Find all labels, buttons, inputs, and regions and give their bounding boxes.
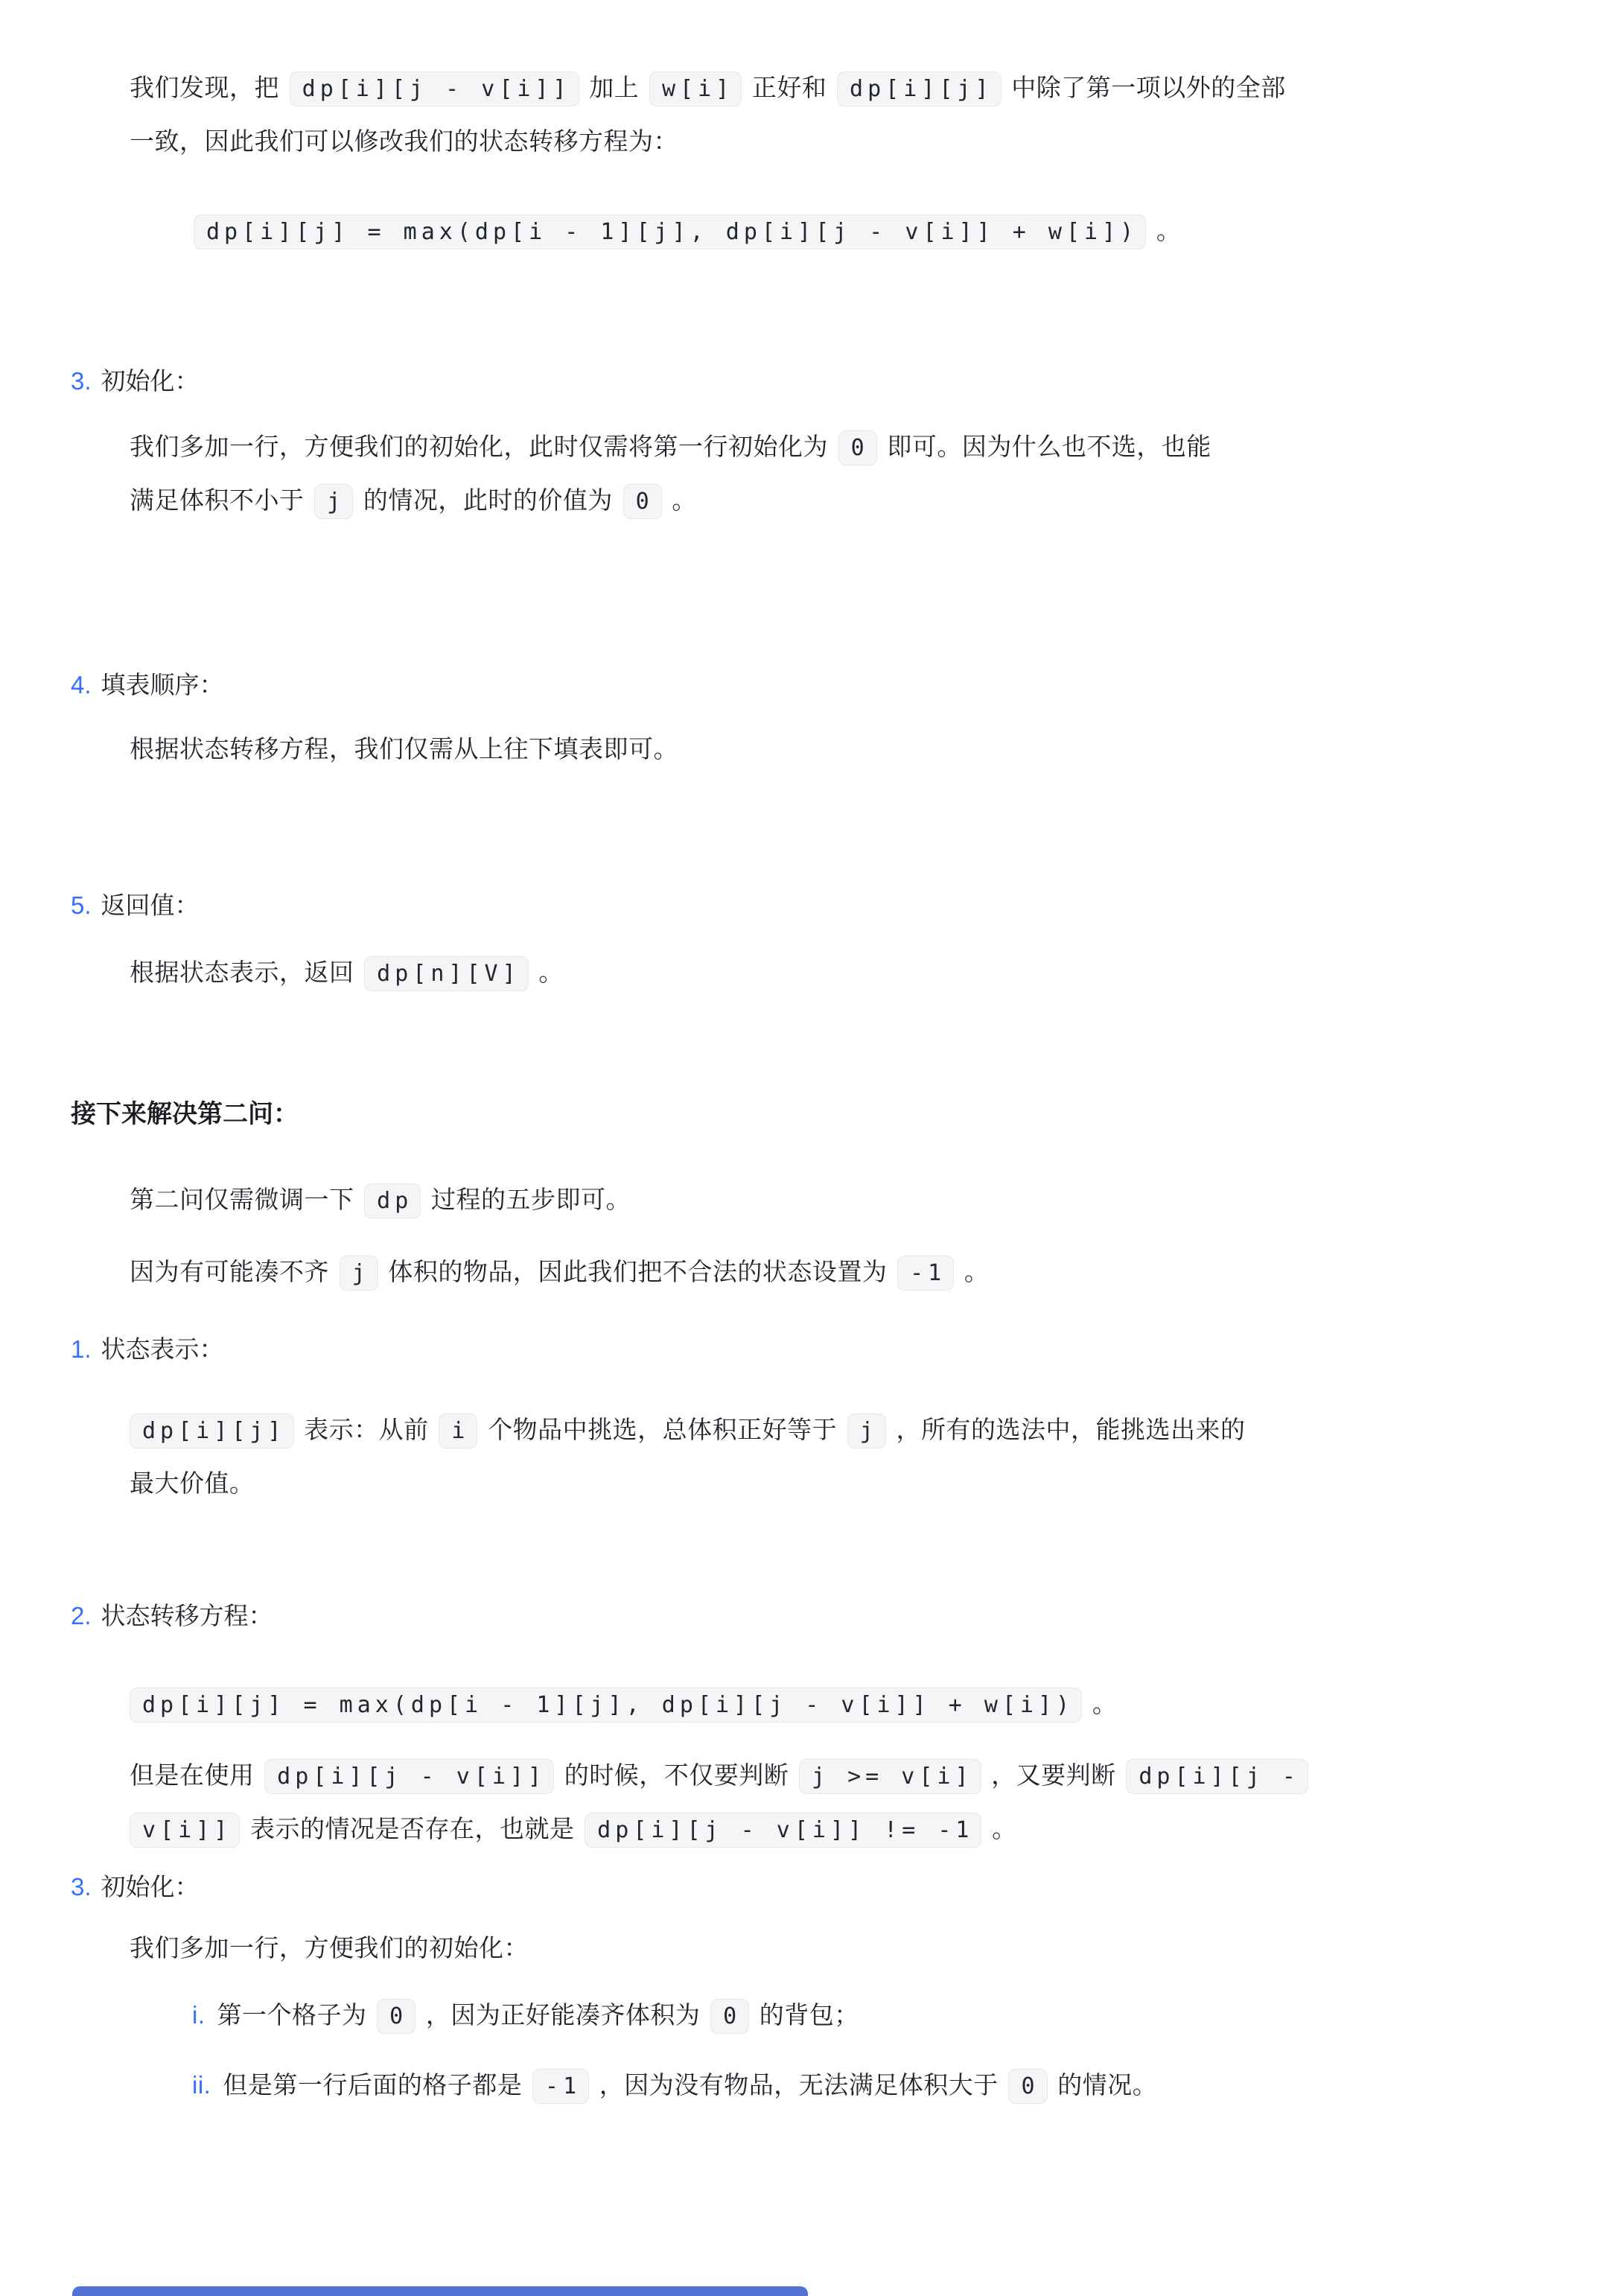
text-run: 。 <box>532 958 564 986</box>
text-run: 根据状态表示，返回 <box>130 958 361 986</box>
item-title: 状态转移方程： <box>101 1602 273 1629</box>
text-line: 我们发现，把 dp[i][j - v[i]] 加上 w[i] 正好和 dp[i]… <box>130 62 1624 115</box>
cutoff-code-block-top-bar <box>72 2286 808 2296</box>
text-line: 我们多加一行，方便我们的初始化： <box>130 1922 1624 1974</box>
item-title: 初始化： <box>101 367 200 395</box>
text-line: dp[i][j] 表示：从前 i 个物品中挑选，总体积正好等于 j ，所有的选法… <box>130 1404 1624 1457</box>
inline-code: j <box>340 1256 378 1291</box>
list-number: 3. <box>71 1873 92 1901</box>
paragraph: 根据状态表示，返回 dp[n][V] 。 <box>130 947 1624 1000</box>
text-run: ，因为正好能凑齐体积为 <box>418 2001 707 2029</box>
inline-code: dp[i][j - <box>1126 1759 1308 1794</box>
text-run: 即可。因为什么也不选，也能 <box>880 433 1211 460</box>
sub-list-number: i. <box>192 2001 206 2029</box>
inline-code: dp[i][j] <box>837 71 1002 106</box>
equation-line: dp[i][j] = max(dp[i - 1][j], dp[i][j - v… <box>130 1678 1624 1731</box>
paragraph: 因为有可能凑不齐 j 体积的物品，因此我们把不合法的状态设置为 -1 。 <box>130 1246 1624 1300</box>
inline-code: j <box>314 484 353 519</box>
text-run: 表示：从前 <box>297 1416 436 1443</box>
inline-code: 0 <box>1008 2069 1047 2104</box>
item-title: 状态表示： <box>101 1335 224 1363</box>
list-number: 3. <box>71 367 92 395</box>
text-run: 第一个格子为 <box>217 2001 375 2029</box>
text-run: 根据状态转移方程，我们仅需从上往下填表即可。 <box>130 735 678 763</box>
paragraph: 我们多加一行，方便我们的初始化，此时仅需将第一行初始化为 0 即可。因为什么也不… <box>130 421 1624 528</box>
inline-code: dp[i][j - v[i]] <box>290 71 579 106</box>
text-run: 。 <box>1149 217 1181 244</box>
text-line: 满足体积不小于 j 的情况，此时的价值为 0 。 <box>130 474 1624 528</box>
inline-code: 0 <box>377 1999 415 2034</box>
sub-list-item: ii.但是第一行后面的格子都是 -1 ，因为没有物品，无法满足体积大于 0 的情… <box>192 2059 1624 2113</box>
text-run: 因为有可能凑不齐 <box>130 1258 337 1285</box>
inline-code: j <box>847 1413 886 1448</box>
list-number: 5. <box>71 891 92 919</box>
text-run: 最大价值。 <box>130 1469 255 1497</box>
text-run: 我们多加一行，方便我们的初始化： <box>130 1934 529 1962</box>
text-run: 个物品中挑选，总体积正好等于 <box>480 1416 844 1443</box>
text-run: 我们多加一行，方便我们的初始化，此时仅需将第一行初始化为 <box>130 433 835 460</box>
text-run: 的时候，不仅要判断 <box>557 1761 796 1789</box>
text-run: 但是在使用 <box>130 1761 261 1789</box>
text-run: 体积的物品，因此我们把不合法的状态设置为 <box>381 1258 894 1285</box>
paragraph: 根据状态转移方程，我们仅需从上往下填表即可。 <box>130 723 1624 775</box>
inline-code: dp <box>364 1183 421 1218</box>
text-run: 正好和 <box>745 74 834 101</box>
inline-code: j >= v[i] <box>799 1759 981 1794</box>
list-item-heading: 5.返回值： <box>71 887 1624 924</box>
inline-code: 0 <box>710 1999 749 2034</box>
list-item-heading: 2.状态转移方程： <box>71 1597 1624 1635</box>
inline-code: dp[i][j - v[i]] <box>264 1759 554 1794</box>
text-run: 一致，因此我们可以修改我们的状态转移方程为： <box>130 127 678 155</box>
paragraph: 但是在使用 dp[i][j - v[i]] 的时候，不仅要判断 j >= v[i… <box>130 1749 1624 1857</box>
item-title: 初始化： <box>101 1873 200 1901</box>
text-run: 的情况，此时的价值为 <box>356 486 620 514</box>
inline-code: w[i] <box>649 71 742 106</box>
equation-line: dp[i][j] = max(dp[i - 1][j], dp[i][j - v… <box>191 205 1624 258</box>
list-item-heading: 3.初始化： <box>71 1869 1624 1906</box>
inline-code: i <box>439 1413 477 1448</box>
solution-document: 我们发现，把 dp[i][j - v[i]] 加上 w[i] 正好和 dp[i]… <box>0 0 1624 2113</box>
text-run: 。 <box>957 1258 989 1285</box>
text-run: 的背包； <box>752 2001 859 2029</box>
inline-code: -1 <box>897 1256 954 1291</box>
text-run: 过程的五步即可。 <box>424 1186 631 1213</box>
list-item-heading: 3.初始化： <box>71 363 1624 400</box>
text-line: 我们多加一行，方便我们的初始化，此时仅需将第一行初始化为 0 即可。因为什么也不… <box>130 421 1624 474</box>
text-line: 但是在使用 dp[i][j - v[i]] 的时候，不仅要判断 j >= v[i… <box>130 1749 1624 1803</box>
text-run: ，因为没有物品，无法满足体积大于 <box>592 2071 1005 2099</box>
list-item-heading: 1.状态表示： <box>71 1331 1624 1368</box>
text-run: 表示的情况是否存在，也就是 <box>243 1815 582 1842</box>
text-run: ，所有的选法中，能挑选出来的 <box>889 1416 1246 1443</box>
text-line: 根据状态转移方程，我们仅需从上往下填表即可。 <box>130 723 1624 775</box>
equation-code: dp[i][j] = max(dp[i - 1][j], dp[i][j - v… <box>130 1688 1082 1723</box>
inline-code: -1 <box>532 2069 589 2104</box>
text-line: 一致，因此我们可以修改我们的状态转移方程为： <box>130 115 1624 168</box>
list-item-heading: 4.填表顺序： <box>71 667 1624 704</box>
text-line: v[i]] 表示的情况是否存在，也就是 dp[i][j - v[i]] != -… <box>130 1803 1624 1857</box>
item-title: 返回值： <box>101 891 200 919</box>
list-number: 1. <box>71 1335 92 1363</box>
list-number: 4. <box>71 671 92 699</box>
inline-code: dp[i][j - v[i]] != -1 <box>585 1813 981 1848</box>
text-run: 。 <box>1085 1690 1117 1717</box>
text-line: 因为有可能凑不齐 j 体积的物品，因此我们把不合法的状态设置为 -1 。 <box>130 1246 1624 1300</box>
inline-code: 0 <box>623 484 662 519</box>
text-run: 。 <box>665 486 697 514</box>
text-run: ，又要判断 <box>984 1761 1124 1789</box>
paragraph: 第二问仅需微调一下 dp 过程的五步即可。 <box>130 1174 1624 1227</box>
inline-code: 0 <box>838 430 877 465</box>
text-line: 第二问仅需微调一下 dp 过程的五步即可。 <box>130 1174 1624 1227</box>
text-run: 的情况。 <box>1051 2071 1158 2099</box>
list-number: 2. <box>71 1602 92 1629</box>
text-line: 根据状态表示，返回 dp[n][V] 。 <box>130 947 1624 1000</box>
inline-code: v[i]] <box>130 1813 240 1848</box>
section-heading: 接下来解决第二问： <box>71 1095 1624 1133</box>
text-run: 中除了第一项以外的全部 <box>1004 74 1286 101</box>
text-run: 第二问仅需微调一下 <box>130 1186 361 1213</box>
text-run: 我们发现，把 <box>130 74 287 101</box>
page: { "colors": { "accent_blue": "#3370ff", … <box>0 0 1624 2296</box>
text-run: 但是第一行后面的格子都是 <box>223 2071 529 2099</box>
text-run: 。 <box>984 1815 1016 1842</box>
text-run: 加上 <box>582 74 646 101</box>
text-line: 最大价值。 <box>130 1457 1624 1510</box>
inline-code: dp[n][V] <box>364 956 529 991</box>
inline-code: dp[i][j] <box>130 1413 294 1448</box>
paragraph: dp[i][j] 表示：从前 i 个物品中挑选，总体积正好等于 j ，所有的选法… <box>130 1404 1624 1510</box>
sub-list-item: i.第一个格子为 0 ，因为正好能凑齐体积为 0 的背包； <box>192 1989 1624 2043</box>
sub-list-number: ii. <box>192 2071 211 2099</box>
text-run: 满足体积不小于 <box>130 486 311 514</box>
equation-code: dp[i][j] = max(dp[i - 1][j], dp[i][j - v… <box>194 214 1146 249</box>
item-title: 填表顺序： <box>101 671 224 699</box>
paragraph: 我们多加一行，方便我们的初始化： <box>130 1922 1624 1974</box>
paragraph: 我们发现，把 dp[i][j - v[i]] 加上 w[i] 正好和 dp[i]… <box>130 62 1624 168</box>
